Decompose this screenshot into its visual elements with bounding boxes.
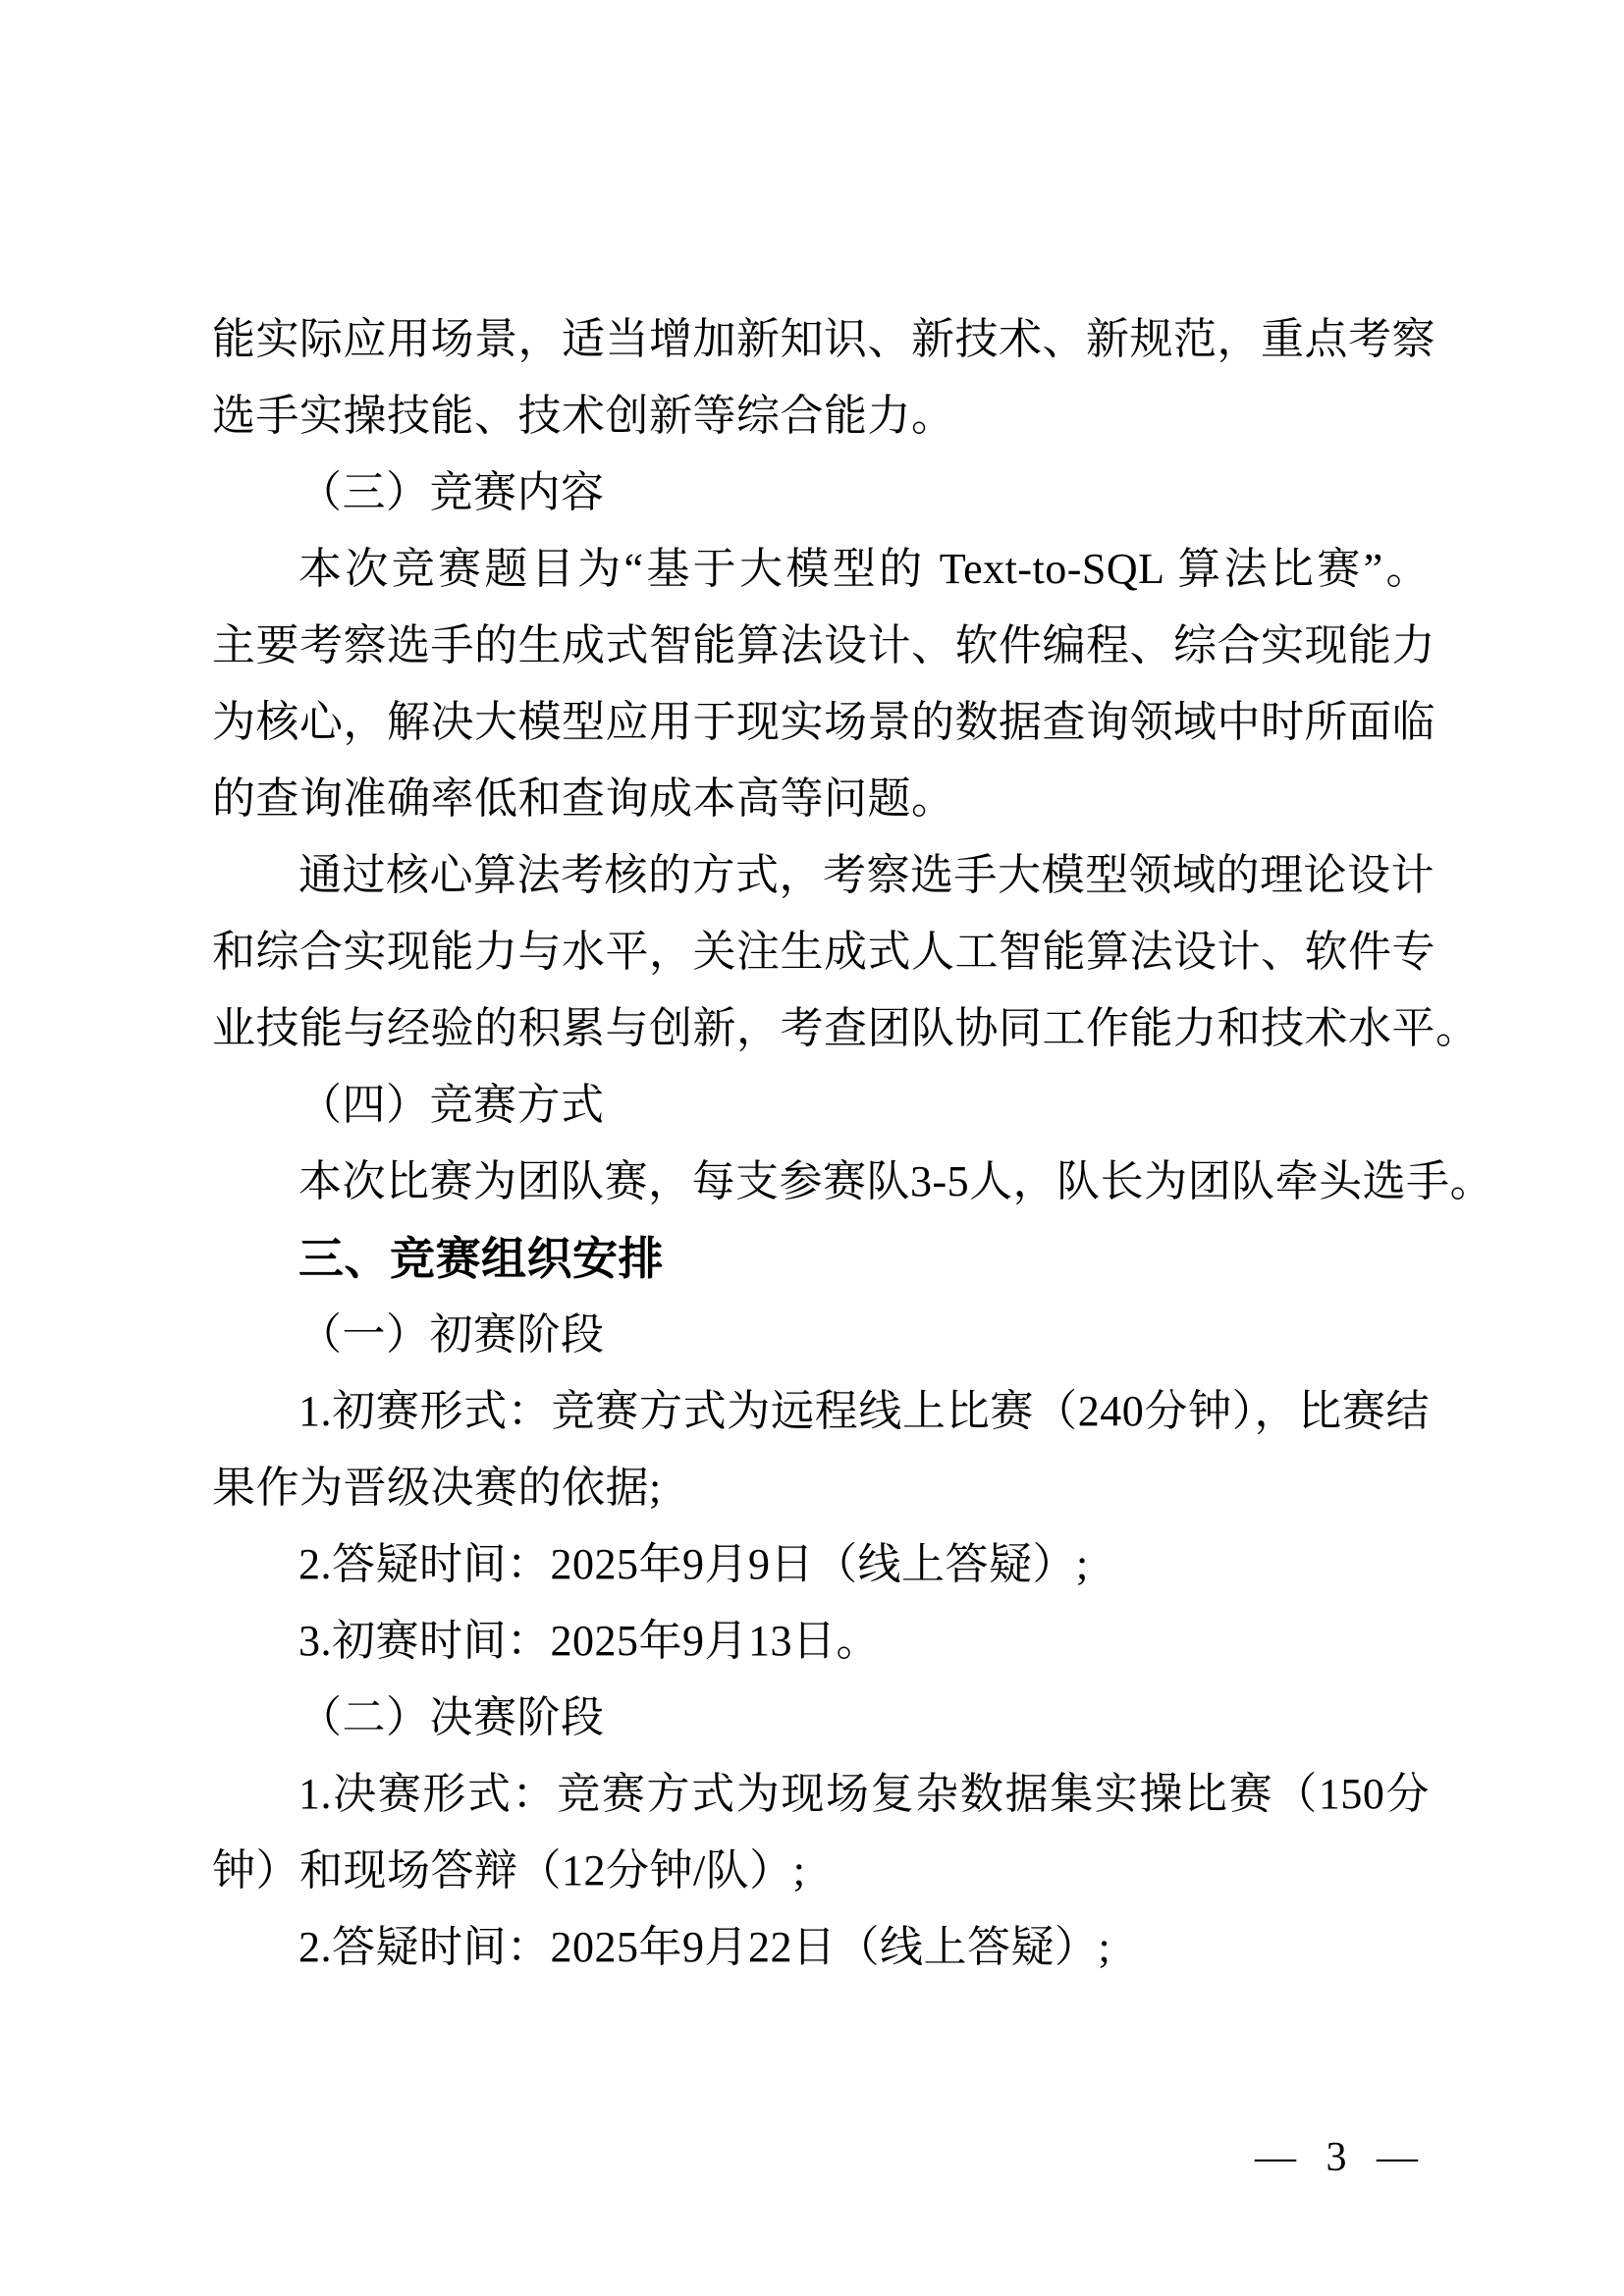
paragraph-line: 的查询准确率低和查询成本高等问题。	[212, 761, 1430, 837]
list-item-line: 2.答疑时间：2025年9月9日（线上答疑）;	[212, 1526, 1430, 1603]
document-page: 能实际应用场景，适当增加新知识、新技术、新规范，重点考察 选手实操技能、技术创新…	[0, 0, 1624, 2296]
body-line: 能实际应用场景，适当增加新知识、新技术、新规范，重点考察	[212, 301, 1430, 378]
paragraph-line: 主要考察选手的生成式智能算法设计、软件编程、综合实现能力	[212, 608, 1430, 684]
list-item-line: 1.决赛形式：竞赛方式为现场复杂数据集实操比赛（150分	[212, 1756, 1430, 1833]
paragraph-line: 为核心，解决大模型应用于现实场景的数据查询领域中时所面临	[212, 684, 1430, 761]
heading-competition-content: （三）竞赛内容	[212, 454, 1430, 531]
heading-organization-arrangement: 三、竞赛组织安排	[212, 1220, 1430, 1297]
list-item-line: 3.初赛时间：2025年9月13日。	[212, 1603, 1430, 1680]
document-body: 能实际应用场景，适当增加新知识、新技术、新规范，重点考察 选手实操技能、技术创新…	[212, 301, 1430, 1986]
body-line: 选手实操技能、技术创新等综合能力。	[212, 378, 1430, 454]
paragraph-line: 本次比赛为团队赛，每支参赛队3-5人，队长为团队牵头选手。	[212, 1144, 1430, 1220]
list-item-line: 果作为晋级决赛的依据;	[212, 1450, 1430, 1526]
list-item-line: 2.答疑时间：2025年9月22日（线上答疑）;	[212, 1909, 1430, 1986]
list-item-line: 1.初赛形式：竞赛方式为远程线上比赛（240分钟），比赛结	[212, 1373, 1430, 1450]
paragraph-line: 通过核心算法考核的方式，考察选手大模型领域的理论设计	[212, 837, 1430, 914]
heading-competition-method: （四）竞赛方式	[212, 1067, 1430, 1144]
list-item-line: 钟）和现场答辩（12分钟/队）;	[212, 1833, 1430, 1909]
page-number: — 3 —	[1255, 2128, 1428, 2187]
heading-final-stage: （二）决赛阶段	[212, 1680, 1430, 1756]
paragraph-line: 本次竞赛题目为“基于大模型的 Text-to-SQL 算法比赛”。	[212, 531, 1430, 608]
paragraph-line: 业技能与经验的积累与创新，考查团队协同工作能力和技术水平。	[212, 990, 1430, 1067]
paragraph-line: 和综合实现能力与水平，关注生成式人工智能算法设计、软件专	[212, 914, 1430, 990]
heading-preliminary-stage: （一）初赛阶段	[212, 1297, 1430, 1373]
